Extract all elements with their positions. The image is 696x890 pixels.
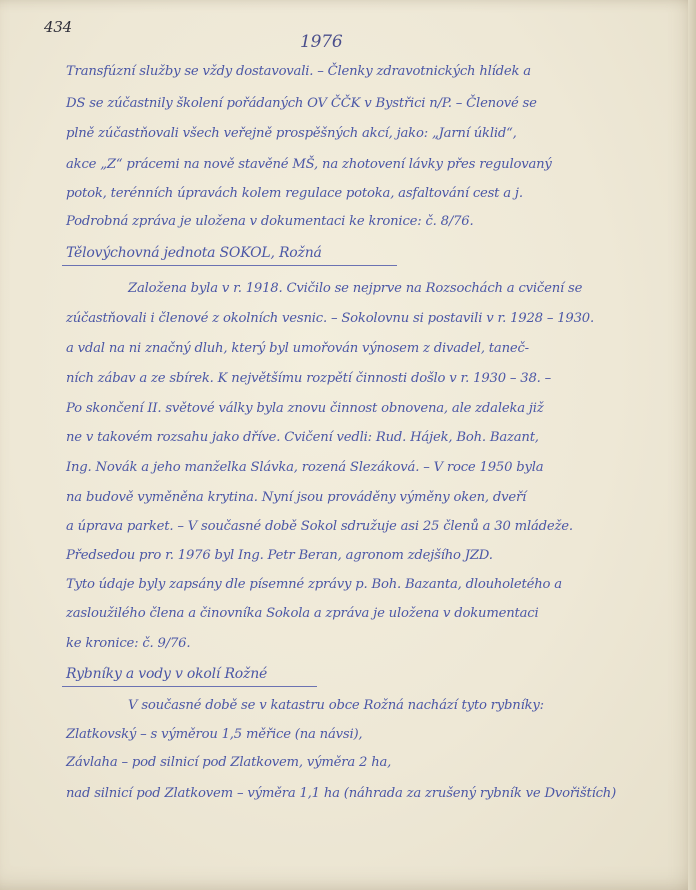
text-line: ne v takovém rozsahu jako dříve. Cvičení…: [66, 430, 539, 445]
text-line: zúčastňovali i členové z okolních vesnic…: [66, 311, 594, 326]
text-line: Transfúzní služby se vždy dostavovali. –…: [66, 64, 531, 79]
text-line: nad silnicí pod Zlatkovem – výměra 1,1 h…: [66, 786, 616, 801]
text-line: Zlatkovský – s výměrou 1,5 měřice (na ná…: [66, 727, 362, 742]
text-line: Závlaha – pod silnicí pod Zlatkovem, vým…: [66, 755, 391, 770]
text-line: plně zúčastňovali všech veřejně prospěšn…: [66, 126, 517, 141]
page-number: 434: [44, 18, 72, 36]
text-line: ke kronice: č. 9/76.: [66, 636, 190, 651]
chronicle-page: 434 1976 Transfúzní služby se vždy dosta…: [0, 0, 696, 890]
text-line: Podrobná zpráva je uložena v dokumentaci…: [66, 214, 473, 229]
text-line: Ing. Novák a jeho manželka Slávka, rozen…: [66, 460, 543, 475]
text-line: V současné době se v katastru obce Rožná…: [128, 698, 544, 713]
year-heading: 1976: [300, 32, 342, 52]
text-line: potok, terénních úpravách kolem regulace…: [66, 186, 523, 201]
text-line: akce „Z“ prácemi na nově stavěné MŠ, na …: [66, 157, 552, 172]
text-line: DS se zúčastnily školení pořádaných OV Č…: [66, 96, 537, 111]
text-line: Založena byla v r. 1918. Cvičilo se nejp…: [128, 281, 582, 296]
section-heading-ponds: Rybníky a vody v okolí Rožné: [66, 666, 267, 682]
text-line: Po skončení II. světové války byla znovu…: [66, 401, 544, 416]
text-line: Předsedou pro r. 1976 byl Ing. Petr Bera…: [66, 548, 493, 563]
text-line: ních zábav a ze sbírek. K největšímu roz…: [66, 371, 551, 386]
text-line: a vdal na ni značný dluh, který byl umoř…: [66, 341, 529, 356]
text-line: zasloužilého člena a činovníka Sokola a …: [66, 606, 539, 621]
heading-underline: [62, 265, 397, 266]
text-line: na budově vyměněna krytina. Nyní jsou pr…: [66, 490, 526, 505]
section-heading-sokol: Tělovýchovná jednota SOKOL, Rožná: [66, 245, 322, 261]
heading-underline: [62, 686, 317, 687]
page-edge: [688, 0, 696, 890]
text-line: a úprava parket. – V současné době Sokol…: [66, 519, 573, 534]
text-line: Tyto údaje byly zapsány dle písemné zprá…: [66, 577, 562, 592]
